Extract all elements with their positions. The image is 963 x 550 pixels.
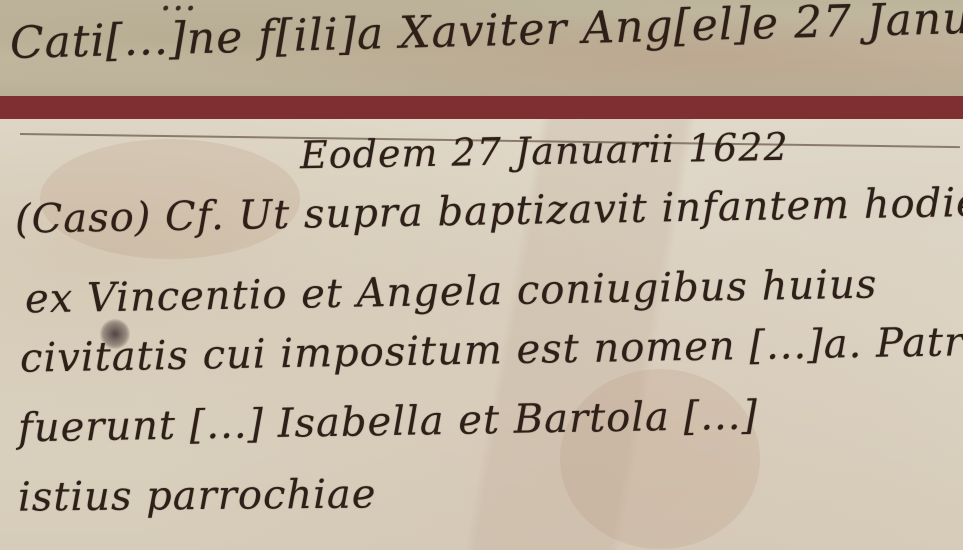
record-line-3: ex Vincentio et Angela coniugibus huius bbox=[25, 262, 878, 323]
red-divider-band bbox=[0, 96, 963, 119]
top-fragment-handwriting: Cati[...]ne f[ili]a Xaviter Ang[el]e 27 … bbox=[9, 0, 963, 69]
record-line-4: civitatis cui impositum est nomen [...]a… bbox=[20, 318, 963, 381]
baptismal-record-fragment: Eodem 27 Januarii 1622 (Caso) Cf. Ut sup… bbox=[0, 119, 963, 550]
record-line-6: istius parrochiae bbox=[18, 471, 377, 520]
top-document-fragment: ... Cati[...]ne f[ili]a Xaviter Ang[el]e… bbox=[0, 0, 963, 96]
record-line-1-date: Eodem 27 Januarii 1622 bbox=[300, 125, 789, 178]
